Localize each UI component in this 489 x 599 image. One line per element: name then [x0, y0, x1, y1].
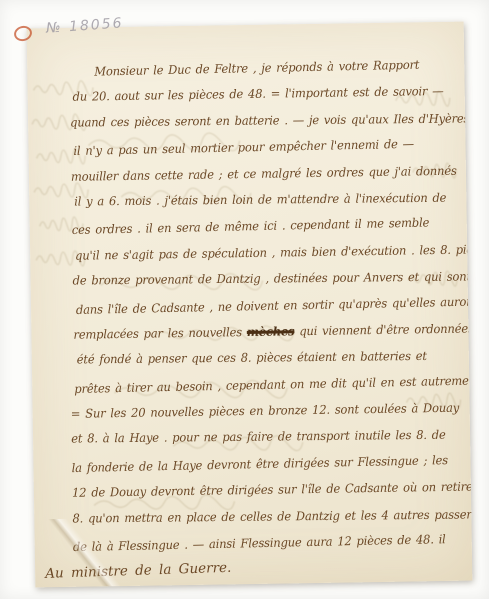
- struck-word: mèches: [247, 324, 295, 339]
- letter-body: Monsieur le Duc de Feltre , je réponds à…: [69, 51, 472, 560]
- manuscript-photo: Monsieur le Duc de Feltre , je réponds à…: [0, 0, 489, 599]
- letter-line-segment: qui viennent d'être ordonnées . j'aurais: [294, 321, 472, 339]
- fold-crease: [27, 518, 143, 588]
- letter-line-segment: remplacées par les nouvelles: [73, 325, 247, 342]
- manuscript-paper: Monsieur le Duc de Feltre , je réponds à…: [27, 22, 473, 588]
